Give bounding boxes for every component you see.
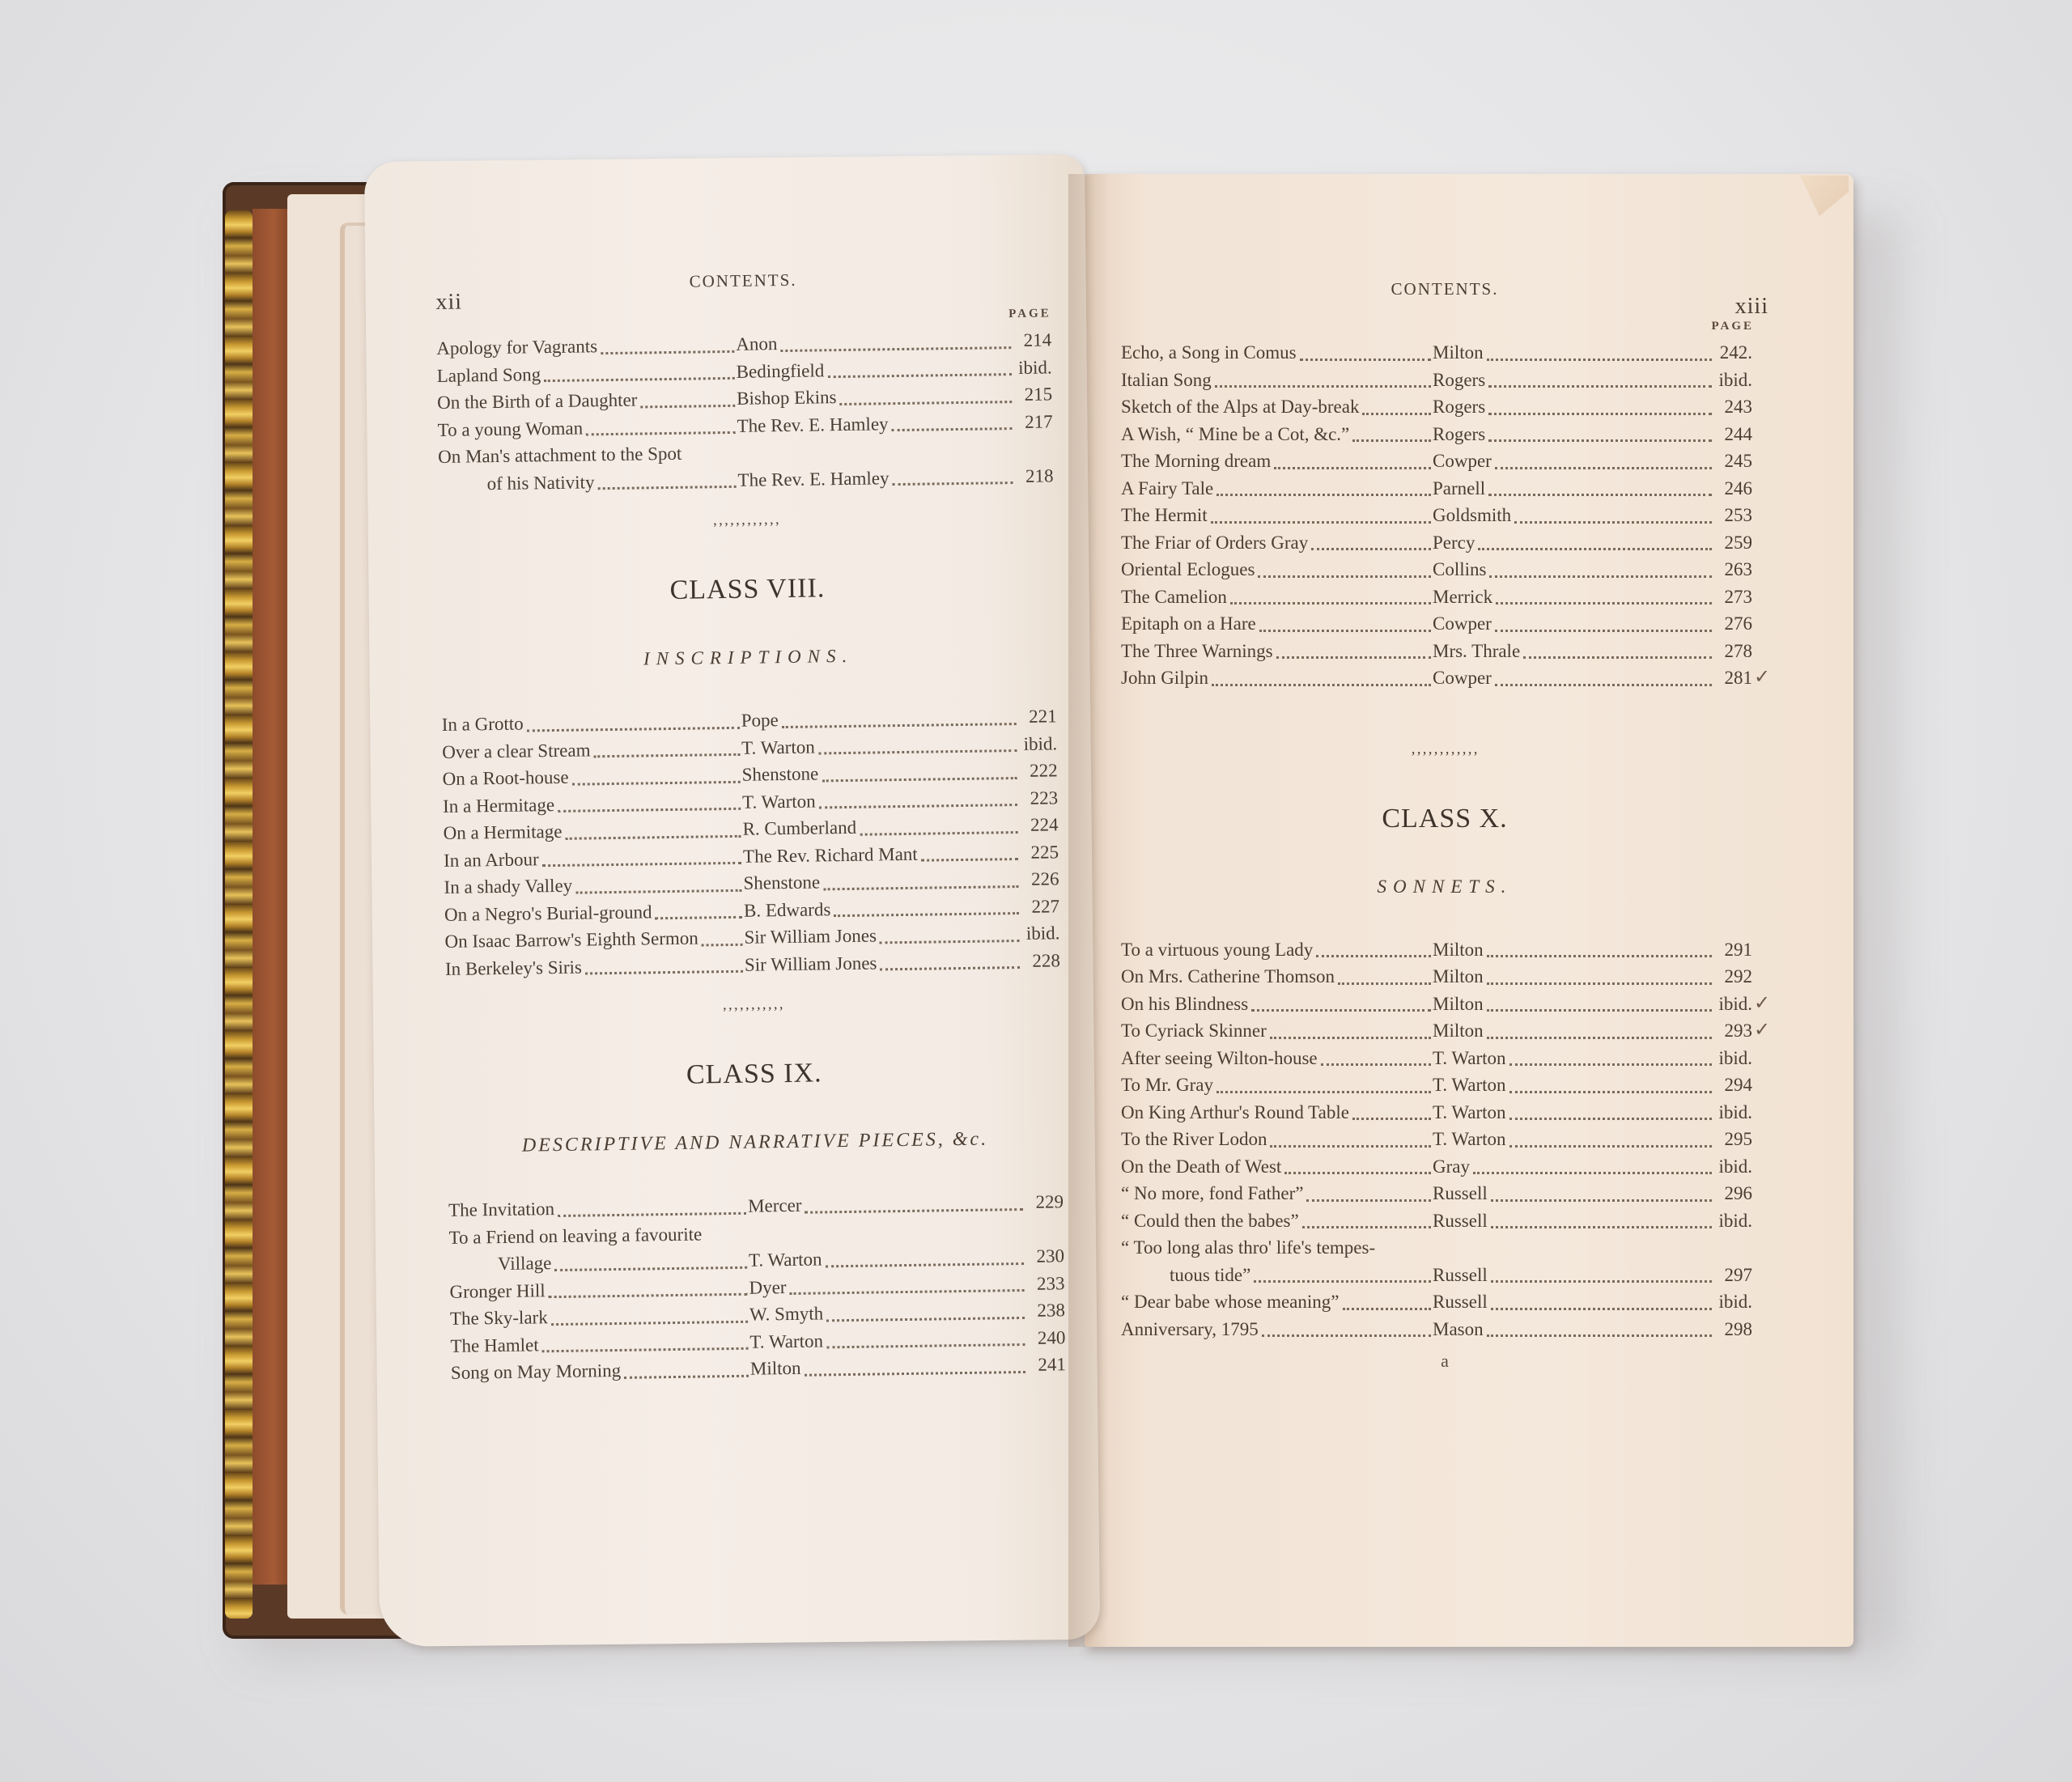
page-number: 229 xyxy=(1026,1188,1064,1216)
toc-title-column: of his Nativity xyxy=(438,466,737,498)
toc-title-column: To Mr. Gray xyxy=(1121,1071,1433,1099)
toc-title-column: In an Arbour xyxy=(444,842,743,874)
dot-leader xyxy=(1212,664,1431,686)
poem-title: The Hermit xyxy=(1121,502,1208,529)
poem-author: Rogers xyxy=(1433,393,1485,421)
dot-leader xyxy=(1491,1207,1712,1229)
dot-leader xyxy=(825,1243,1024,1267)
page-number: ibid. xyxy=(1715,1153,1752,1181)
dot-leader xyxy=(804,1351,1025,1376)
dot-leader xyxy=(1487,963,1712,985)
poem-title: Lapland Song xyxy=(437,361,541,389)
toc-title-column: The Camelion xyxy=(1121,583,1433,611)
dot-leader xyxy=(834,893,1019,918)
poem-title: Echo, a Song in Comus xyxy=(1121,339,1297,367)
toc-title-column: On the Death of West xyxy=(1121,1153,1433,1181)
dot-leader xyxy=(571,762,740,785)
poem-title: On Mrs. Catherine Thomson xyxy=(1121,963,1335,991)
dot-leader xyxy=(1216,1071,1431,1093)
dot-leader xyxy=(1352,1099,1431,1121)
toc-author-column: Rogers244 xyxy=(1433,421,1768,448)
poem-author: Shenstone xyxy=(743,868,820,897)
pencil-checkmark-icon xyxy=(1754,1071,1768,1099)
dot-leader xyxy=(1487,1316,1712,1338)
toc-title-column: To a young Woman xyxy=(437,412,737,443)
toc-author-column: Pope221 xyxy=(741,702,1056,734)
toc-author-column: Bedingfieldibid. xyxy=(736,354,1051,385)
toc-entry: Anniversary, 1795Mason298 xyxy=(1121,1316,1768,1343)
toc-author-column: Mercer229 xyxy=(748,1188,1064,1220)
toc-author-column: Grayibid. xyxy=(1433,1153,1768,1181)
toc-title-column: Apology for Vagrants xyxy=(436,331,736,363)
toc-list-class-ix: The InvitationMercer229To a Friend on le… xyxy=(448,1188,1066,1386)
poem-author: Milton xyxy=(1433,963,1484,991)
toc-title-column: Echo, a Song in Comus xyxy=(1121,339,1433,367)
pencil-checkmark-icon xyxy=(1754,1316,1768,1343)
page-number: ibid. xyxy=(1715,1207,1752,1235)
dot-leader xyxy=(1487,339,1712,361)
toc-title-column: tuous tide” xyxy=(1121,1262,1433,1289)
toc-author-column: Parnell246 xyxy=(1433,475,1768,503)
page-number: 291 xyxy=(1715,936,1752,964)
dot-leader xyxy=(624,1356,749,1379)
page-number: 230 xyxy=(1027,1242,1064,1270)
pencil-checkmark-icon: ✓ xyxy=(1754,1017,1768,1045)
dot-leader xyxy=(1491,1288,1712,1310)
toc-entry: John GilpinCowper281✓ xyxy=(1121,664,1768,692)
page-number: 227 xyxy=(1022,893,1059,920)
toc-author-column: T. Warton295 xyxy=(1433,1126,1768,1153)
dot-leader xyxy=(826,1297,1025,1322)
poem-author: R. Cumberland xyxy=(742,814,856,842)
toc-title-column: To Cyriack Skinner xyxy=(1121,1017,1433,1045)
dot-leader xyxy=(526,707,739,732)
pencil-checkmark-icon xyxy=(1754,963,1768,991)
toc-title-column: In a Grotto xyxy=(442,707,741,739)
dot-leader xyxy=(1473,1153,1712,1175)
poem-author: Merrick xyxy=(1433,583,1492,611)
poem-author: Dyer xyxy=(749,1274,786,1301)
toc-title-column: On Man's attachment to the Spot xyxy=(438,440,682,471)
dot-leader xyxy=(550,1301,748,1326)
toc-title-column: John Gilpin xyxy=(1121,664,1433,692)
poem-author: Sir William Jones xyxy=(744,922,877,951)
dot-leader xyxy=(1488,421,1712,443)
toc-author-column: Cowper276 xyxy=(1433,610,1768,638)
pencil-checkmark-icon xyxy=(1754,339,1768,367)
dot-leader xyxy=(601,331,734,354)
toc-entry: tuous tide”Russell297 xyxy=(1121,1262,1768,1289)
poem-author: Anon xyxy=(736,330,778,358)
toc-title-column: On the Birth of a Daughter xyxy=(437,385,737,417)
toc-title-column: In a shady Valley xyxy=(444,870,743,902)
toc-title-column: The Morning dream xyxy=(1121,448,1433,475)
dot-leader xyxy=(1338,963,1431,985)
toc-author-column: Sir William Jones228 xyxy=(745,947,1060,978)
dot-leader xyxy=(1509,1126,1712,1148)
poem-author: Russell xyxy=(1433,1288,1488,1316)
dot-leader xyxy=(805,1189,1023,1213)
toc-entry: “ Too long alas thro' life's tempes- xyxy=(1121,1234,1768,1262)
class-subheading: SONNETS. xyxy=(1121,876,1768,897)
toc-entry: Epitaph on a HareCowper276 xyxy=(1121,610,1768,638)
poem-title: Village xyxy=(498,1250,552,1277)
toc-entry: To Cyriack SkinnerMilton293✓ xyxy=(1121,1017,1768,1045)
poem-author: The Rev. E. Hamley xyxy=(737,465,889,494)
toc-title-column: To a virtuous young Lady xyxy=(1121,936,1433,964)
poem-author: T. Warton xyxy=(1433,1126,1506,1153)
page-number: 224 xyxy=(1021,811,1058,838)
poem-author: T. Warton xyxy=(749,1245,822,1274)
poem-author: B. Edwards xyxy=(744,896,831,924)
dot-leader xyxy=(1276,638,1431,660)
page-number-folio: xiii xyxy=(1735,294,1768,320)
dot-leader xyxy=(655,897,742,919)
right-page-content: CONTENTS. xiii PAGE Echo, a Song in Comu… xyxy=(1121,279,1768,1372)
toc-title-column: In a Hermitage xyxy=(443,788,742,820)
dot-leader xyxy=(818,731,1017,755)
dot-leader xyxy=(1487,936,1712,958)
dot-leader xyxy=(1478,529,1712,551)
toc-title-column: On his Blindness xyxy=(1121,991,1433,1018)
pencil-checkmark-icon xyxy=(1754,1207,1768,1235)
toc-author-column: Collins263 xyxy=(1433,556,1768,583)
toc-title-column: Anniversary, 1795 xyxy=(1121,1316,1433,1343)
toc-entry: “ Could then the babes”Russellibid. xyxy=(1121,1207,1768,1235)
poem-title: The Morning dream xyxy=(1121,448,1271,475)
toc-author-column: Rogersibid. xyxy=(1433,367,1768,394)
dot-leader xyxy=(781,703,1016,728)
dot-leader xyxy=(892,463,1013,486)
dot-leader xyxy=(640,385,735,408)
page-number: 295 xyxy=(1715,1126,1752,1153)
poem-author: Mercer xyxy=(748,1192,802,1220)
poem-title: The Hamlet xyxy=(450,1331,539,1360)
poem-author: T. Warton xyxy=(1433,1099,1506,1126)
toc-title-column: “ Dear babe whose meaning” xyxy=(1121,1288,1433,1316)
dot-leader xyxy=(1509,1099,1712,1121)
poem-title: In Berkeley's Siris xyxy=(445,953,582,982)
page-number: 246 xyxy=(1715,475,1752,503)
dot-leader xyxy=(1495,664,1712,686)
dot-leader xyxy=(565,816,741,840)
toc-author-column: Russell297 xyxy=(1433,1262,1768,1289)
toc-author-column: Milton241 xyxy=(750,1351,1066,1382)
toc-title-column: Over a clear Stream xyxy=(442,734,741,766)
page-number: 240 xyxy=(1028,1324,1065,1351)
poem-title: In a Grotto xyxy=(442,711,524,739)
dot-leader xyxy=(880,920,1020,944)
page-number: 218 xyxy=(1016,462,1053,490)
toc-entry: “ Dear babe whose meaning”Russellibid. xyxy=(1121,1288,1768,1316)
pencil-checkmark-icon xyxy=(1754,610,1768,638)
poem-author: T. Warton xyxy=(1433,1071,1506,1099)
toc-title-column: “ Too long alas thro' life's tempes- xyxy=(1121,1234,1375,1262)
toc-author-column: The Rev. E. Hamley218 xyxy=(737,462,1053,494)
class-heading: CLASS IX. xyxy=(447,1054,1062,1094)
poem-title: In a shady Valley xyxy=(444,872,572,902)
poem-title: To a virtuous young Lady xyxy=(1121,936,1313,964)
page-number: 278 xyxy=(1715,638,1752,665)
poem-author: Rogers xyxy=(1433,367,1485,394)
toc-author-column: W. Smyth238 xyxy=(749,1296,1065,1328)
poem-author: Milton xyxy=(1433,936,1484,964)
page-number: ibid. xyxy=(1022,919,1059,947)
page-number: 243 xyxy=(1715,393,1752,421)
toc-author-column: Shenstone222 xyxy=(741,757,1057,788)
poem-author: T. Warton xyxy=(742,787,816,816)
poem-title: On the Death of West xyxy=(1121,1153,1281,1181)
toc-entry: To a virtuous young LadyMilton291 xyxy=(1121,936,1768,964)
toc-author-column: Miltonibid.✓ xyxy=(1433,991,1768,1018)
poem-title: In a Hermitage xyxy=(443,791,554,820)
poem-title: The Invitation xyxy=(448,1195,554,1224)
toc-title-column: On Mrs. Catherine Thomson xyxy=(1121,963,1433,991)
toc-author-column: Rogers243 xyxy=(1433,393,1768,421)
dot-leader xyxy=(1211,502,1431,524)
poem-title: tuous tide” xyxy=(1170,1262,1250,1289)
toc-title-column: The Sky-lark xyxy=(450,1301,749,1333)
toc-author-column: T. Warton294 xyxy=(1433,1071,1768,1099)
dot-leader xyxy=(585,951,743,974)
dot-leader xyxy=(1491,1180,1712,1202)
toc-author-column: Milton292 xyxy=(1433,963,1768,991)
dot-leader xyxy=(702,924,743,946)
pencil-checkmark-icon xyxy=(1754,1099,1768,1126)
toc-title-column: On a Root-house xyxy=(442,762,741,793)
toc-entry: On King Arthur's Round TableT. Wartonibi… xyxy=(1121,1099,1768,1126)
poem-author: Milton xyxy=(750,1355,801,1382)
signature-mark: a xyxy=(1121,1351,1768,1372)
pencil-checkmark-icon xyxy=(1754,1045,1768,1072)
dot-leader xyxy=(1316,936,1431,958)
dot-leader xyxy=(593,734,740,757)
poem-title: “ Dear babe whose meaning” xyxy=(1121,1288,1340,1316)
page-number: 297 xyxy=(1715,1262,1752,1289)
dot-leader xyxy=(1487,991,1712,1012)
toc-title-column: A Fairy Tale xyxy=(1121,475,1433,503)
pencil-checkmark-icon xyxy=(1754,448,1768,475)
poem-title: “ Too long alas thro' life's tempes- xyxy=(1121,1234,1375,1262)
toc-title-column: In Berkeley's Siris xyxy=(445,951,745,982)
page-number: ibid. xyxy=(1715,1288,1752,1316)
dot-leader xyxy=(1509,1045,1712,1067)
toc-entry: To Mr. GrayT. Warton294 xyxy=(1121,1071,1768,1099)
toc-title-column: After seeing Wilton-house xyxy=(1121,1045,1433,1072)
running-head-title: CONTENTS. xyxy=(1121,279,1768,299)
poem-author: Russell xyxy=(1433,1207,1488,1235)
class-heading: CLASS VIII. xyxy=(439,570,1055,609)
toc-title-column: The Hermit xyxy=(1121,502,1433,529)
dot-leader xyxy=(1489,556,1712,578)
dot-leader xyxy=(789,1270,1024,1295)
poem-title: Over a clear Stream xyxy=(442,736,591,766)
poem-title: Apology for Vagrants xyxy=(436,333,597,362)
pencil-checkmark-icon xyxy=(1754,638,1768,665)
dot-leader xyxy=(1321,1045,1431,1067)
dot-leader xyxy=(1311,529,1431,551)
dot-leader xyxy=(586,412,736,435)
toc-author-column: Shenstone226 xyxy=(743,865,1059,897)
page-number: ibid. xyxy=(1020,730,1057,757)
poem-author: Milton xyxy=(1433,991,1484,1018)
page-number: 244 xyxy=(1715,421,1752,448)
poem-author: Mrs. Thrale xyxy=(1433,638,1520,665)
dot-leader xyxy=(1514,502,1712,524)
page-number: 292 xyxy=(1715,963,1752,991)
dot-leader xyxy=(1362,393,1431,415)
class-subheading: INSCRIPTIONS. xyxy=(440,643,1055,672)
toc-author-column: T. Warton240 xyxy=(749,1324,1065,1356)
poem-title: On the Birth of a Daughter xyxy=(437,387,638,417)
toc-author-column: Mrs. Thrale278 xyxy=(1433,638,1768,665)
dot-leader xyxy=(823,866,1019,890)
poem-title: To a Friend on leaving a favourite xyxy=(448,1220,702,1251)
toc-entry: Oriental EcloguesCollins263 xyxy=(1121,556,1768,583)
toc-author-column: Dyer233 xyxy=(749,1270,1064,1301)
toc-author-column: Russellibid. xyxy=(1433,1207,1768,1235)
poem-title: On King Arthur's Round Table xyxy=(1121,1099,1349,1126)
dot-leader xyxy=(558,1193,746,1217)
page-number: 223 xyxy=(1021,784,1058,812)
dot-leader xyxy=(558,788,741,813)
page-number: 276 xyxy=(1715,610,1752,638)
pencil-checkmark-icon xyxy=(1754,393,1768,421)
poem-author: Collins xyxy=(1433,556,1486,583)
poem-author: Milton xyxy=(1433,339,1484,367)
page-number: 225 xyxy=(1021,838,1059,866)
poem-author: The Rev. Richard Mant xyxy=(743,840,918,870)
dot-leader xyxy=(1216,475,1431,497)
dot-leader xyxy=(822,757,1017,782)
toc-title-column: “ No more, fond Father” xyxy=(1121,1180,1433,1207)
toc-title-column: The Friar of Orders Gray xyxy=(1121,529,1433,557)
toc-title-column: To a Friend on leaving a favourite xyxy=(448,1220,702,1251)
dot-leader xyxy=(1254,1262,1431,1283)
toc-entry: The HermitGoldsmith253 xyxy=(1121,502,1768,529)
poem-title: Epitaph on a Hare xyxy=(1121,610,1256,638)
toc-author-column: Russell296 xyxy=(1433,1180,1768,1207)
page-number: ibid. xyxy=(1715,1099,1752,1126)
dot-leader xyxy=(1215,367,1431,388)
page-number: 294 xyxy=(1715,1071,1752,1099)
toc-title-column: “ Could then the babes” xyxy=(1121,1207,1433,1235)
poem-title: The Three Warnings xyxy=(1121,638,1273,665)
dot-leader xyxy=(541,1328,748,1352)
toc-entry: Echo, a Song in ComusMilton242. xyxy=(1121,339,1768,367)
toc-title-column: Village xyxy=(449,1247,749,1279)
poem-author: T. Warton xyxy=(1433,1045,1506,1072)
page-number: 293 xyxy=(1715,1017,1752,1045)
dot-leader xyxy=(827,354,1012,379)
toc-entry: “ No more, fond Father”Russell296 xyxy=(1121,1180,1768,1207)
toc-entry: To the River LodonT. Warton295 xyxy=(1121,1126,1768,1153)
page-number: 253 xyxy=(1715,502,1752,529)
left-page-content: xii CONTENTS. PAGE Apology for VagrantsA… xyxy=(435,266,1066,1386)
toc-title-column: On a Hermitage xyxy=(443,816,742,847)
poem-author: Shenstone xyxy=(741,760,818,788)
pencil-checkmark-icon xyxy=(1754,367,1768,394)
pencil-checkmark-icon: ✓ xyxy=(1754,664,1768,692)
toc-entry: The Friar of Orders GrayPercy259 xyxy=(1121,529,1768,557)
page-number: 226 xyxy=(1021,865,1059,893)
poem-title: “ Could then the babes” xyxy=(1121,1207,1299,1235)
dot-leader xyxy=(1262,1316,1431,1338)
toc-title-column: To the River Lodon xyxy=(1121,1126,1433,1153)
poem-title: On a Hermitage xyxy=(443,818,562,847)
dot-leader xyxy=(1274,448,1431,469)
toc-entry: Sketch of the Alps at Day-breakRogers243 xyxy=(1121,393,1768,421)
toc-author-column: R. Cumberland224 xyxy=(742,811,1058,842)
poem-author: The Rev. E. Hamley xyxy=(737,410,888,439)
dot-leader xyxy=(1488,475,1712,497)
toc-author-column: T. Warton223 xyxy=(742,784,1058,816)
poem-author: Sir William Jones xyxy=(745,949,877,978)
poem-title: John Gilpin xyxy=(1121,664,1208,692)
dot-leader xyxy=(1306,1180,1431,1202)
toc-list-top: Echo, a Song in ComusMilton242.Italian S… xyxy=(1121,339,1768,692)
page-number: 222 xyxy=(1020,757,1057,784)
pencil-checkmark-icon: ✓ xyxy=(1754,991,1768,1018)
dot-leader xyxy=(1487,1017,1712,1039)
page-number: 259 xyxy=(1715,529,1752,557)
poem-title: On Isaac Barrow's Eighth Sermon xyxy=(444,925,698,956)
pencil-checkmark-icon xyxy=(1754,583,1768,611)
dot-leader xyxy=(1491,1262,1712,1283)
page-number: 273 xyxy=(1715,583,1752,611)
gutter-shadow xyxy=(1068,174,1109,1647)
dot-leader xyxy=(1270,1126,1431,1148)
class-subheading: DESCRIPTIVE AND NARRATIVE PIECES, &c. xyxy=(448,1127,1063,1158)
page-number: 296 xyxy=(1715,1180,1752,1207)
poem-title: To Mr. Gray xyxy=(1121,1071,1213,1099)
toc-entry: A Fairy TaleParnell246 xyxy=(1121,475,1768,503)
pencil-checkmark-icon xyxy=(1754,936,1768,964)
poem-author: W. Smyth xyxy=(749,1300,824,1328)
toc-author-column: Mason298 xyxy=(1433,1316,1768,1343)
page-number: 241 xyxy=(1029,1351,1066,1378)
dot-leader xyxy=(920,839,1018,862)
dot-leader xyxy=(1352,421,1431,443)
toc-title-column: On King Arthur's Round Table xyxy=(1121,1099,1433,1126)
dot-leader xyxy=(1495,610,1712,632)
poem-title: “ No more, fond Father” xyxy=(1121,1180,1303,1207)
dot-leader xyxy=(1488,393,1712,415)
poem-author: Milton xyxy=(1433,1017,1484,1045)
page-number: 214 xyxy=(1014,326,1051,354)
dot-leader xyxy=(780,327,1011,351)
poem-title: On a Root-house xyxy=(442,764,568,793)
dot-leader xyxy=(891,409,1012,432)
toc-title-column: Italian Song xyxy=(1121,367,1433,394)
page-number: 245 xyxy=(1715,448,1752,475)
dot-leader xyxy=(1258,556,1431,578)
poem-title: of his Nativity xyxy=(486,469,594,497)
dot-leader xyxy=(826,1324,1025,1348)
poem-author: Goldsmith xyxy=(1433,502,1511,529)
page-number: 217 xyxy=(1015,408,1052,435)
poem-title: On a Negro's Burial-ground xyxy=(444,898,652,928)
toc-title-column: The Invitation xyxy=(448,1193,748,1224)
toc-title-column: On Isaac Barrow's Eighth Sermon xyxy=(444,924,744,956)
dot-leader xyxy=(1259,610,1431,632)
toc-author-column: T. Wartonibid. xyxy=(741,730,1057,762)
page-number: ibid. xyxy=(1715,367,1752,394)
toc-author-column: Goldsmith253 xyxy=(1433,502,1768,529)
poem-title: After seeing Wilton-house xyxy=(1121,1045,1318,1072)
poem-title: The Camelion xyxy=(1121,583,1227,611)
poem-title: Gronger Hill xyxy=(449,1277,546,1305)
